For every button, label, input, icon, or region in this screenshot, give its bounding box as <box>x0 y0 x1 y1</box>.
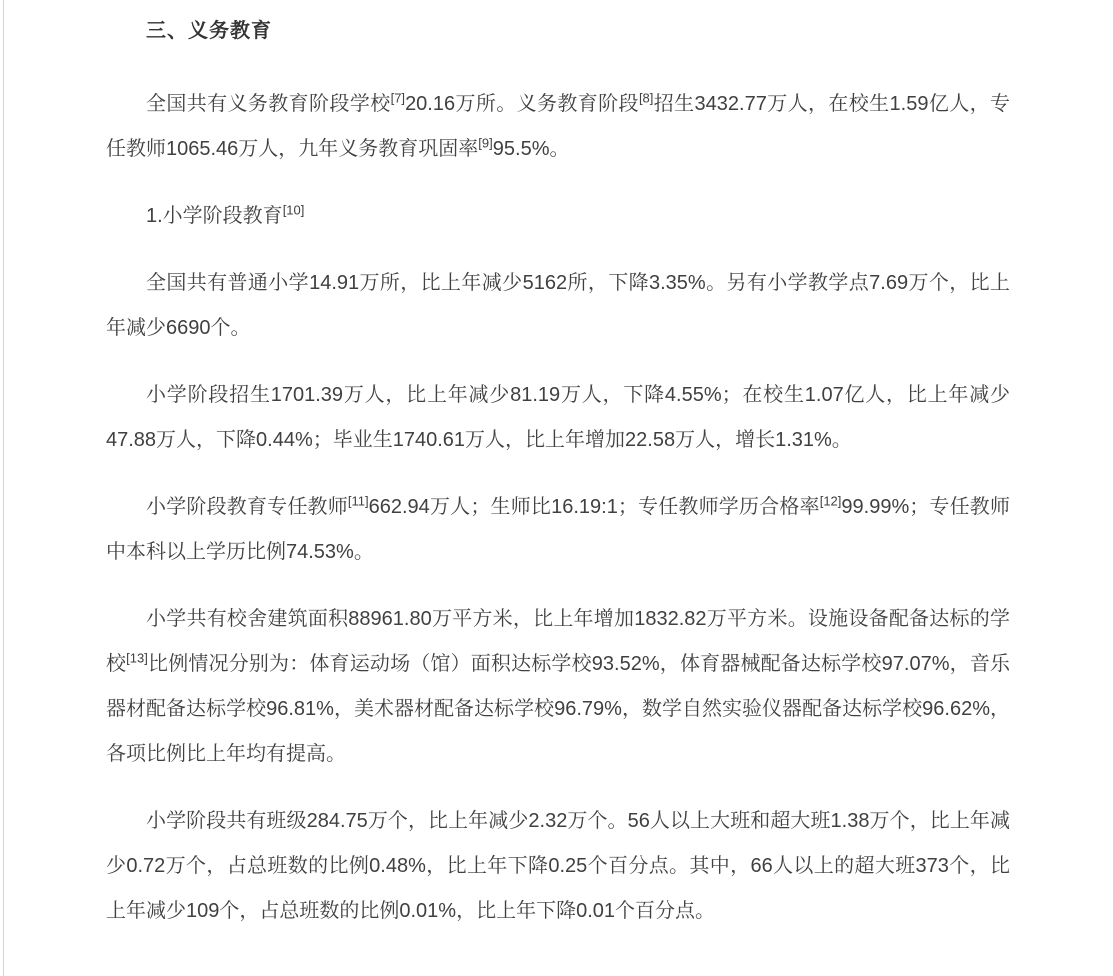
section-heading-text: 三、义务教育 <box>146 20 272 42</box>
paragraph-schools: 全国共有普通小学14.91万所，比上年减少5162所，下降3.35%。另有小学教… <box>106 261 1010 351</box>
footnote-ref-8: [8] <box>639 90 653 105</box>
document-page: 三、义务教育 全国共有义务教育阶段学校[7]20.16万所。义务教育阶段[8]招… <box>3 0 1112 976</box>
subsection-heading-text: 1.小学阶段教育 <box>146 205 283 227</box>
document-content: 三、义务教育 全国共有义务教育阶段学校[7]20.16万所。义务教育阶段[8]招… <box>4 0 1112 976</box>
section-heading: 三、义务教育 <box>106 14 1010 48</box>
footnote-ref-9: [9] <box>478 135 492 150</box>
footnote-ref-11: [11] <box>348 493 369 508</box>
paragraph-text: 全国共有普通小学14.91万所，比上年减少5162所，下降3.35%。另有小学教… <box>106 272 1010 339</box>
footnote-ref-13: [13] <box>126 650 148 665</box>
footnote-ref-10: [10] <box>283 202 305 217</box>
footnote-ref-12: [12] <box>820 493 842 508</box>
paragraph-class-sizes: 小学阶段共有班级284.75万个，比上年减少2.32万个。56人以上大班和超大班… <box>106 799 1010 934</box>
paragraph-enrollment: 小学阶段招生1701.39万人，比上年减少81.19万人，下降4.55%；在校生… <box>106 373 1010 463</box>
paragraph-text: 比例情况分别为：体育运动场（馆）面积达标学校93.52%，体育器械配备达标学校9… <box>106 653 1010 765</box>
paragraph-facilities: 小学共有校舍建筑面积88961.80万平方米，比上年增加1832.82万平方米。… <box>106 597 1010 777</box>
paragraph-teachers: 小学阶段教育专任教师[11]662.94万人；生师比16.19:1；专任教师学历… <box>106 485 1010 575</box>
paragraph-text: 小学阶段教育专任教师 <box>146 496 348 518</box>
paragraph-text: 662.94万人；生师比16.19:1；专任教师学历合格率 <box>369 496 820 518</box>
paragraph-text: 小学阶段共有班级284.75万个，比上年减少2.32万个。56人以上大班和超大班… <box>106 810 1010 922</box>
subsection-heading-primary-education: 1.小学阶段教育[10] <box>106 194 1010 239</box>
paragraph-text: 20.16万所。义务教育阶段 <box>405 93 639 115</box>
paragraph-overview: 全国共有义务教育阶段学校[7]20.16万所。义务教育阶段[8]招生3432.7… <box>106 82 1010 172</box>
paragraph-text: 95.5%。 <box>493 138 570 160</box>
footnote-ref-7: [7] <box>391 90 405 105</box>
paragraph-text: 全国共有义务教育阶段学校 <box>146 93 391 115</box>
paragraph-text: 小学阶段招生1701.39万人，比上年减少81.19万人，下降4.55%；在校生… <box>106 384 1010 451</box>
